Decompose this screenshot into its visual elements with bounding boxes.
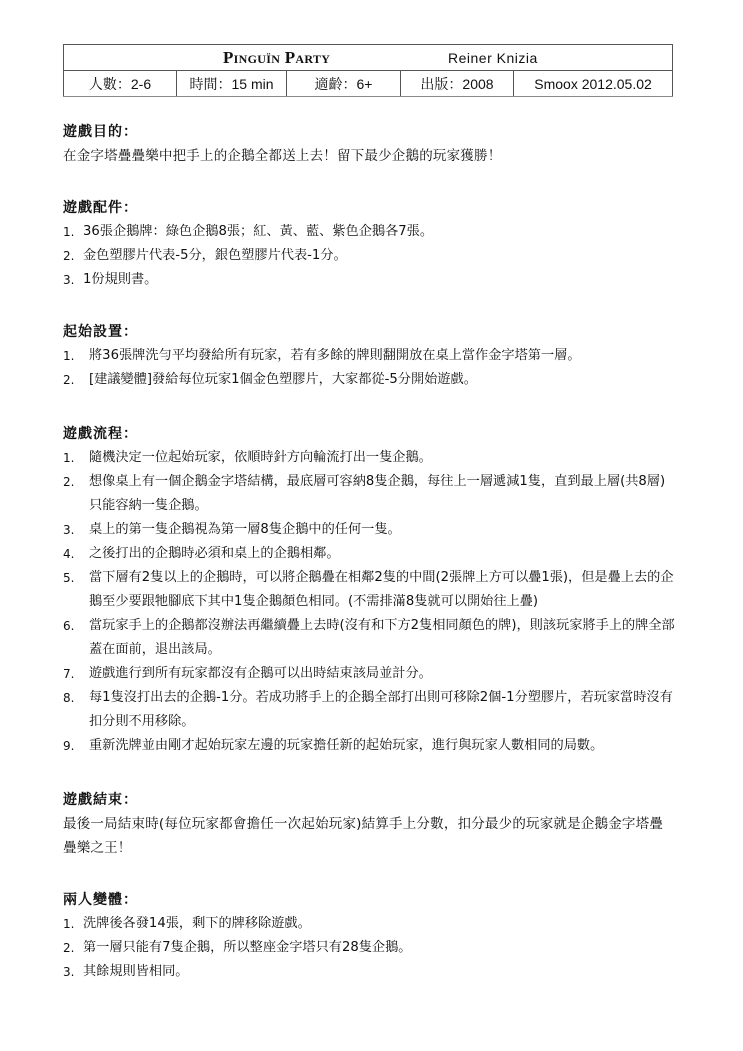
item-text: 遊戲進行到所有玩家都沒有企鵝可以出時結束該局並計分。 — [89, 662, 675, 686]
item-number: 3. — [63, 518, 74, 542]
list-item: 2.金色塑膠片代表-5分，銀色塑膠片代表-1分。 — [63, 244, 675, 268]
section-heading: 兩人變體： — [63, 888, 675, 912]
game-info-table: Pinguïn Party Reiner Knizia 人數：2-6 時間：15… — [63, 44, 673, 97]
item-text: 桌上的第一隻企鵝視為第一層8隻企鵝中的任何一隻。 — [89, 518, 675, 542]
end-text: 最後一局結束時(每位玩家都會擔任一次起始玩家)結算手上分數，扣分最少的玩家就是企… — [63, 812, 675, 860]
item-text: 想像桌上有一個企鵝金字塔結構，最底層可容納8隻企鵝，每往上一層遞減1隻，直到最上… — [89, 470, 675, 518]
item-number: 6. — [63, 614, 74, 638]
item-number: 8. — [63, 686, 74, 710]
item-text: 36張企鵝牌：綠色企鵝8張；紅、黃、藍、紫色企鵝各7張。 — [83, 220, 675, 244]
list-item: 4.之後打出的企鵝時必須和桌上的企鵝相鄰。 — [63, 542, 675, 566]
item-text: 第一層只能有7隻企鵝，所以整座金字塔只有28隻企鵝。 — [83, 936, 675, 960]
list-item: 9.重新洗牌並由剛才起始玩家左邊的玩家擔任新的起始玩家，進行與玩家人數相同的局數… — [63, 734, 675, 758]
item-text: 之後打出的企鵝時必須和桌上的企鵝相鄰。 — [89, 542, 675, 566]
section-heading: 起始設置： — [63, 320, 675, 344]
item-text: 將36張牌洗勻平均發給所有玩家，若有多餘的牌則翻開放在桌上當作金字塔第一層。 — [89, 344, 675, 368]
item-number: 1. — [63, 220, 74, 244]
item-number: 2. — [63, 368, 74, 392]
section-end: 遊戲結束： 最後一局結束時(每位玩家都會擔任一次起始玩家)結算手上分數，扣分最少… — [63, 788, 675, 860]
item-text: 每1隻沒打出去的企鵝-1分。若成功將手上的企鵝全部打出則可移除2個-1分塑膠片，… — [89, 686, 675, 734]
section-heading: 遊戲流程： — [63, 422, 675, 446]
list-item: 1.洗牌後各發14張，剩下的牌移除遊戲。 — [63, 912, 675, 936]
title-row: Pinguïn Party Reiner Knizia — [64, 45, 673, 71]
list-item: 1.隨機決定一位起始玩家，依順時針方向輪流打出一隻企鵝。 — [63, 446, 675, 470]
item-number: 3. — [63, 960, 74, 984]
item-number: 2. — [63, 244, 74, 268]
setup-list: 1.將36張牌洗勻平均發給所有玩家，若有多餘的牌則翻開放在桌上當作金字塔第一層。… — [63, 344, 675, 392]
list-item: 3.桌上的第一隻企鵝視為第一層8隻企鵝中的任何一隻。 — [63, 518, 675, 542]
list-item: 7.遊戲進行到所有玩家都沒有企鵝可以出時結束該局並計分。 — [63, 662, 675, 686]
info-row: 人數：2-6 時間：15 min 適齡：6+ 出版：2008 Smoox 201… — [64, 71, 673, 97]
time-cell: 時間：15 min — [177, 71, 287, 97]
title-cell: Pinguïn Party Reiner Knizia — [64, 45, 673, 71]
list-item: 1.將36張牌洗勻平均發給所有玩家，若有多餘的牌則翻開放在桌上當作金字塔第一層。 — [63, 344, 675, 368]
section-flow: 遊戲流程： 1.隨機決定一位起始玩家，依順時針方向輪流打出一隻企鵝。 2.想像桌… — [63, 422, 675, 758]
translator-date-cell: Smoox 2012.05.02 — [514, 71, 673, 97]
list-item: 2.想像桌上有一個企鵝金字塔結構，最底層可容納8隻企鵝，每往上一層遞減1隻，直到… — [63, 470, 675, 518]
item-text: 洗牌後各發14張，剩下的牌移除遊戲。 — [83, 912, 675, 936]
item-number: 3. — [63, 268, 74, 292]
item-number: 1. — [63, 446, 74, 470]
components-list: 1.36張企鵝牌：綠色企鵝8張；紅、黃、藍、紫色企鵝各7張。 2.金色塑膠片代表… — [63, 220, 675, 292]
players-cell: 人數：2-6 — [64, 71, 177, 97]
list-item: 6.當玩家手上的企鵝都沒辦法再繼續疊上去時(沒有和下方2隻相同顏色的牌)，則該玩… — [63, 614, 675, 662]
item-text: 其餘規則皆相同。 — [83, 960, 675, 984]
item-number: 5. — [63, 566, 74, 590]
two-player-list: 1.洗牌後各發14張，剩下的牌移除遊戲。 2.第一層只能有7隻企鵝，所以整座金字… — [63, 912, 675, 984]
section-objective: 遊戲目的： 在金字塔疊疊樂中把手上的企鵝全都送上去！留下最少企鵝的玩家獲勝！ — [63, 120, 675, 168]
item-text: 當下層有2隻以上的企鵝時，可以將企鵝疊在相鄰2隻的中間(2張牌上方可以疊1張)，… — [89, 566, 675, 614]
item-text: 隨機決定一位起始玩家，依順時針方向輪流打出一隻企鵝。 — [89, 446, 675, 470]
section-heading: 遊戲配件： — [63, 196, 675, 220]
section-heading: 遊戲目的： — [63, 120, 675, 144]
designer-name: Reiner Knizia — [448, 50, 538, 66]
item-text: 金色塑膠片代表-5分，銀色塑膠片代表-1分。 — [83, 244, 675, 268]
rules-content: 遊戲目的： 在金字塔疊疊樂中把手上的企鵝全都送上去！留下最少企鵝的玩家獲勝！ 遊… — [63, 120, 675, 1012]
list-item: 3.其餘規則皆相同。 — [63, 960, 675, 984]
list-item: 5.當下層有2隻以上的企鵝時，可以將企鵝疊在相鄰2隻的中間(2張牌上方可以疊1張… — [63, 566, 675, 614]
item-number: 1. — [63, 912, 74, 936]
list-item: 3.1份規則書。 — [63, 268, 675, 292]
item-number: 4. — [63, 542, 74, 566]
item-number: 1. — [63, 344, 74, 368]
item-number: 2. — [63, 936, 74, 960]
flow-list: 1.隨機決定一位起始玩家，依順時針方向輪流打出一隻企鵝。 2.想像桌上有一個企鵝… — [63, 446, 675, 758]
section-heading: 遊戲結束： — [63, 788, 675, 812]
list-item: 8.每1隻沒打出去的企鵝-1分。若成功將手上的企鵝全部打出則可移除2個-1分塑膠… — [63, 686, 675, 734]
item-number: 9. — [63, 734, 74, 758]
item-text: 重新洗牌並由剛才起始玩家左邊的玩家擔任新的起始玩家，進行與玩家人數相同的局數。 — [89, 734, 675, 758]
section-setup: 起始設置： 1.將36張牌洗勻平均發給所有玩家，若有多餘的牌則翻開放在桌上當作金… — [63, 320, 675, 392]
objective-text: 在金字塔疊疊樂中把手上的企鵝全都送上去！留下最少企鵝的玩家獲勝！ — [63, 144, 675, 168]
item-text: [建議變體]發給每位玩家1個金色塑膠片，大家都從-5分開始遊戲。 — [89, 368, 675, 392]
list-item: 2.[建議變體]發給每位玩家1個金色塑膠片，大家都從-5分開始遊戲。 — [63, 368, 675, 392]
list-item: 2.第一層只能有7隻企鵝，所以整座金字塔只有28隻企鵝。 — [63, 936, 675, 960]
item-number: 2. — [63, 470, 74, 494]
item-text: 1份規則書。 — [83, 268, 675, 292]
item-number: 7. — [63, 662, 74, 686]
game-title: Pinguïn Party — [223, 48, 330, 68]
rules-page: Pinguïn Party Reiner Knizia 人數：2-6 時間：15… — [0, 0, 743, 1051]
age-cell: 適齡：6+ — [287, 71, 401, 97]
item-text: 當玩家手上的企鵝都沒辦法再繼續疊上去時(沒有和下方2隻相同顏色的牌)，則該玩家將… — [89, 614, 675, 662]
section-components: 遊戲配件： 1.36張企鵝牌：綠色企鵝8張；紅、黃、藍、紫色企鵝各7張。 2.金… — [63, 196, 675, 292]
list-item: 1.36張企鵝牌：綠色企鵝8張；紅、黃、藍、紫色企鵝各7張。 — [63, 220, 675, 244]
published-cell: 出版：2008 — [401, 71, 514, 97]
section-two-player: 兩人變體： 1.洗牌後各發14張，剩下的牌移除遊戲。 2.第一層只能有7隻企鵝，… — [63, 888, 675, 984]
